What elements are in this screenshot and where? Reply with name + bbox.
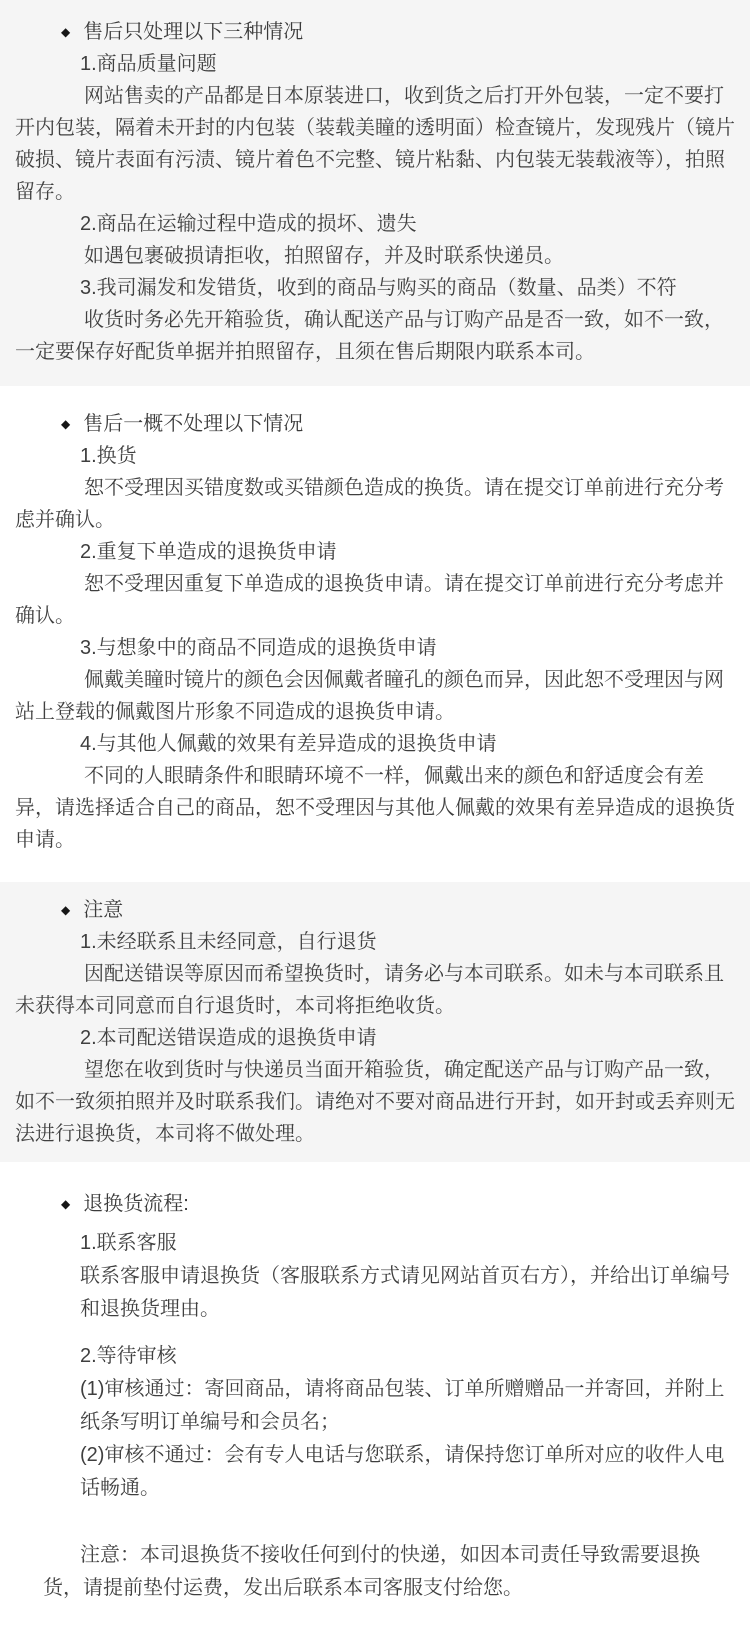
item-body: 恕不受理因重复下单造成的退换货申请。请在提交订单前进行充分考虑并确认。 bbox=[15, 568, 735, 632]
item-title: 2.商品在运输过程中造成的损坏、遗失 bbox=[15, 208, 735, 240]
section-notice: ◆注意 1.未经联系且未经同意，自行退货 因配送错误等原因而希望换货时，请务必与… bbox=[0, 882, 750, 1162]
section-title: 退换货流程: bbox=[83, 1193, 189, 1215]
item-title: 2.重复下单造成的退换货申请 bbox=[15, 536, 735, 568]
step-title: 1.联系客服 bbox=[15, 1227, 735, 1260]
section-heading: ◆注意 bbox=[15, 894, 735, 926]
item-title: 4.与其他人佩戴的效果有差异造成的退换货申请 bbox=[15, 728, 735, 760]
step-title: 2.等待审核 bbox=[15, 1340, 735, 1373]
section-title: 注意 bbox=[83, 899, 123, 921]
item-body: 网站售卖的产品都是日本原装进口，收到货之后打开外包装，一定不要打开内包装，隔着未… bbox=[15, 80, 735, 208]
step-text: (1)审核通过：寄回商品，请将商品包装、订单所赠赠品一并寄回，并附上纸条写明订单… bbox=[15, 1373, 735, 1439]
aftersales-policy-page: ◆售后只处理以下三种情况 1.商品质量问题 网站售卖的产品都是日本原装进口，收到… bbox=[0, 0, 750, 1645]
section-unhandled-cases: ◆售后一概不处理以下情况 1.换货 恕不受理因买错度数或买错颜色造成的换货。请在… bbox=[0, 386, 750, 882]
diamond-bullet-icon: ◆ bbox=[61, 16, 70, 48]
item-title: 3.与想象中的商品不同造成的退换货申请 bbox=[15, 632, 735, 664]
item-body: 因配送错误等原因而希望换货时，请务必与本司联系。如未与本司联系且未获得本司同意而… bbox=[15, 958, 735, 1022]
step-text: (2)审核不通过：会有专人电话与您联系，请保持您订单所对应的收件人电话畅通。 bbox=[15, 1439, 735, 1505]
section-handled-cases: ◆售后只处理以下三种情况 1.商品质量问题 网站售卖的产品都是日本原装进口，收到… bbox=[0, 0, 750, 386]
item-title: 2.本司配送错误造成的退换货申请 bbox=[15, 1022, 735, 1054]
item-body: 佩戴美瞳时镜片的颜色会因佩戴者瞳孔的颜色而异，因此恕不受理因与网站上登载的佩戴图… bbox=[15, 664, 735, 728]
flow-step: 1.联系客服 联系客服申请退换货（客服联系方式请见网站首页右方），并给出订单编号… bbox=[15, 1227, 735, 1326]
item-title: 1.换货 bbox=[15, 440, 735, 472]
item-title: 3.我司漏发和发错货，收到的商品与购买的商品（数量、品类）不符 bbox=[15, 272, 735, 304]
flow-step: 2.等待审核 (1)审核通过：寄回商品，请将商品包装、订单所赠赠品一并寄回，并附… bbox=[15, 1340, 735, 1505]
section-heading: ◆售后一概不处理以下情况 bbox=[15, 408, 735, 440]
item-body: 望您在收到货时与快递员当面开箱验货，确定配送产品与订购产品一致，如不一致须拍照并… bbox=[15, 1054, 735, 1150]
section-title: 售后只处理以下三种情况 bbox=[83, 21, 303, 43]
step-text: 联系客服申请退换货（客服联系方式请见网站首页右方），并给出订单编号和退换货理由。 bbox=[15, 1260, 735, 1326]
item-title: 1.未经联系且未经同意，自行退货 bbox=[15, 926, 735, 958]
shipping-fee-note: 注意：本司退换货不接收任何到付的快递，如因本司责任导致需要退换货，请提前垫付运费… bbox=[15, 1539, 735, 1605]
section-heading: ◆退换货流程: bbox=[15, 1188, 735, 1221]
item-body: 收货时务必先开箱验货，确认配送产品与订购产品是否一致，如不一致，一定要保存好配货… bbox=[15, 304, 735, 368]
item-title: 1.商品质量问题 bbox=[15, 48, 735, 80]
item-body: 不同的人眼睛条件和眼睛环境不一样，佩戴出来的颜色和舒适度会有差异，请选择适合自己… bbox=[15, 760, 735, 856]
item-body: 恕不受理因买错度数或买错颜色造成的换货。请在提交订单前进行充分考虑并确认。 bbox=[15, 472, 735, 536]
section-return-flow: ◆退换货流程: 1.联系客服 联系客服申请退换货（客服联系方式请见网站首页右方）… bbox=[0, 1162, 750, 1645]
diamond-bullet-icon: ◆ bbox=[61, 894, 70, 926]
item-body: 如遇包裹破损请拒收，拍照留存，并及时联系快递员。 bbox=[15, 240, 735, 272]
diamond-bullet-icon: ◆ bbox=[61, 408, 70, 440]
section-title: 售后一概不处理以下情况 bbox=[83, 413, 303, 435]
section-heading: ◆售后只处理以下三种情况 bbox=[15, 16, 735, 48]
diamond-bullet-icon: ◆ bbox=[61, 1188, 70, 1221]
